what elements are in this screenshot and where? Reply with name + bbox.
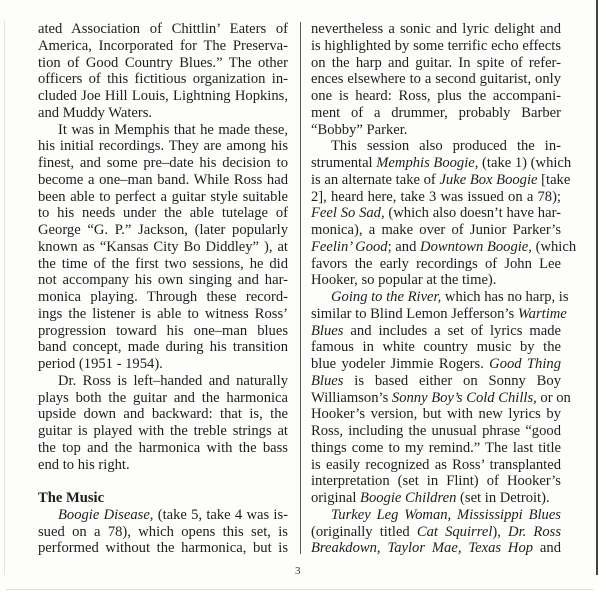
text-line: (originally titled Cat Squirrel), Dr. Ro… (311, 524, 561, 541)
text-span: blue yodeler Jimmie Rogers. (311, 356, 489, 372)
text-line: “Bobby” Parker. (311, 122, 561, 139)
text-line: the time of the first two sessions, he d… (38, 256, 288, 273)
text-line: Hooker, so popular at the time). (311, 272, 561, 289)
song-title: Breakdown, Taylor Mae, Texas Hop (311, 540, 533, 556)
text-line: ings the listener is able to witness Ros… (38, 306, 288, 323)
text-line: Boogie Disease, (take 5, take 4 was is- (38, 507, 288, 524)
text-span: is based either on Sonny Boy (343, 373, 561, 389)
text-line: Feelin’ Good; and Downtown Boogie, (whic… (311, 239, 561, 256)
text-line: performed without the harmonica, but is (38, 540, 288, 557)
text-line: is highlighted by some terrific echo eff… (311, 38, 561, 55)
text-line: ences elsewhere to a second guitarist, o… (311, 71, 561, 88)
paragraph-going-to-the-river: Going to the River, which has no harp, i… (311, 289, 561, 507)
text-line: favors the early recordings of John Lee (311, 256, 561, 273)
text-span: ; and (388, 239, 420, 255)
text-span: [take (538, 172, 571, 188)
text-line: Going to the River, which has no harp, i… (311, 289, 561, 306)
page-left-edge (4, 20, 5, 575)
text-line: Williamson’s Sonny Boy’s Cold Chills, or… (311, 390, 561, 407)
text-line: things come to my remind.” The last titl… (311, 440, 561, 457)
text-line: not accompany his own singing and har- (38, 272, 288, 289)
text-line: been able to perfect a guitar style suit… (38, 189, 288, 206)
text-span: strumental (311, 155, 376, 171)
text-span: ), (492, 524, 508, 540)
page-bottom-edge (6, 589, 593, 590)
paragraph-turkey-leg-woman: Turkey Leg Woman, Mississippi Blues (ori… (311, 507, 561, 557)
left-column: ated Association of Chittlin’ Eaters of … (38, 21, 288, 557)
text-span: (set in Detroit). (456, 490, 549, 506)
text-line: end to his right. (38, 457, 288, 474)
text-line: upside down and backward: that is, the (38, 406, 288, 423)
song-title: Juke Box Boogie (439, 172, 537, 188)
paragraph-association: ated Association of Chittlin’ Eaters of … (38, 21, 288, 122)
song-title: Memphis Boogie, (376, 155, 478, 171)
column-divider (300, 22, 301, 554)
text-line: 2], heard here, take 3 was issued on a 7… (311, 189, 561, 206)
right-column: nevertheless a sonic and lyric delight a… (311, 21, 561, 557)
text-line: finest, and some pre–date his decision t… (38, 155, 288, 172)
text-line: George “G. P.” Jackson, (later popularly (38, 222, 288, 239)
text-span: similar to Blind Lemon Jefferson’s (311, 306, 518, 322)
text-line: to his needs under the able tutelage of (38, 205, 288, 222)
song-title: Feel So Sad, (311, 205, 385, 221)
song-title: Sonny Boy’s Cold Chills, (392, 390, 537, 406)
song-title: Wartime (518, 306, 567, 322)
text-line: interpretation (set in Flint) of Hooker’… (311, 473, 561, 490)
text-line: It was in Memphis that he made these, (38, 122, 288, 139)
text-span: Williamson’s (311, 390, 392, 406)
text-line: Ross, including the unusual phrase “good (311, 423, 561, 440)
booklet-page: ated Association of Chittlin’ Eaters of … (0, 0, 599, 592)
text-span: (take 5, take 4 was is- (153, 507, 288, 523)
text-line: similar to Blind Lemon Jefferson’s Warti… (311, 306, 561, 323)
text-line: become a one–man band. While Ross had (38, 172, 288, 189)
text-line: original Boogie Children (set in Detroit… (311, 490, 561, 507)
text-span: original (311, 490, 360, 506)
text-span: and includes a set of lyrics made (343, 323, 561, 339)
text-line: on the harp and guitar. In spite of refe… (311, 55, 561, 72)
page-number: 3 (295, 565, 301, 577)
text-line: guitar is played with the treble strings… (38, 423, 288, 440)
text-line: officers of this fictitious organization… (38, 71, 288, 88)
text-line: ated Association of Chittlin’ Eaters of (38, 21, 288, 38)
page-right-edge (596, 0, 598, 575)
song-title: Dr. Ross (508, 524, 561, 540)
text-line: is an alternate take of Juke Box Boogie … (311, 172, 561, 189)
paragraph-left-handed: Dr. Ross is left–handed and naturally pl… (38, 373, 288, 474)
text-span: (which also doesn’t have har- (385, 205, 561, 221)
text-line: plays both the guitar and the harmonica (38, 390, 288, 407)
text-span: (originally titled (311, 524, 417, 540)
text-line: is easily recognized as Ross’ transplant… (311, 457, 561, 474)
song-title: Cat Squirrel (417, 524, 493, 540)
text-line: America, Incorporated for The Preserva- (38, 38, 288, 55)
song-title: Blues (311, 323, 343, 339)
text-line: This session also produced the in- (311, 138, 561, 155)
section-heading-the-music: The Music (38, 490, 288, 507)
text-line: cluded Joe Hill Louis, Lightning Hopkins… (38, 88, 288, 105)
text-line: Dr. Ross is left–handed and naturally (38, 373, 288, 390)
song-title: Downtown Boogie, (420, 239, 532, 255)
text-line: progression toward his one–man blues (38, 323, 288, 340)
text-line: strumental Memphis Boogie, (take 1) (whi… (311, 155, 561, 172)
paragraph-boogie-disease: Boogie Disease, (take 5, take 4 was is- … (38, 507, 288, 557)
text-line: band concept, made during his transition (38, 339, 288, 356)
text-line: nevertheless a sonic and lyric delight a… (311, 21, 561, 38)
text-span: (take 1) (which (478, 155, 571, 171)
text-line: period (1951 - 1954). (38, 356, 288, 373)
text-span: and (533, 540, 561, 556)
text-line: tion of Good Country Blues.” The other (38, 55, 288, 72)
song-title: Turkey Leg Woman, Mississippi Blues (331, 507, 561, 523)
text-line: monica playing. Through these record- (38, 289, 288, 306)
text-line: his initial recordings. They are among h… (38, 138, 288, 155)
text-line: Breakdown, Taylor Mae, Texas Hop and (311, 540, 561, 557)
song-title: Boogie Children (360, 490, 456, 506)
text-line: blue yodeler Jimmie Rogers. Good Thing (311, 356, 561, 373)
song-title: Feelin’ Good (311, 239, 388, 255)
paragraph-echo-effects: nevertheless a sonic and lyric delight a… (311, 21, 561, 138)
text-line: one is heard: Ross, plus the accompani- (311, 88, 561, 105)
text-span: or on (537, 390, 571, 406)
text-line: Feel So Sad, (which also doesn’t have ha… (311, 205, 561, 222)
text-line: Blues is based either on Sonny Boy (311, 373, 561, 390)
text-line: and Muddy Waters. (38, 105, 288, 122)
text-line: Turkey Leg Woman, Mississippi Blues (311, 507, 561, 524)
song-title: Going to the River, (331, 289, 441, 305)
paragraph-memphis: It was in Memphis that he made these, hi… (38, 122, 288, 373)
text-line: sued on a 78), which opens this set, is (38, 524, 288, 541)
song-title: Blues (311, 373, 343, 389)
song-title: Boogie Disease, (58, 507, 153, 523)
text-line: known as “Kansas City Bo Diddley” ), at (38, 239, 288, 256)
text-line: Blues and includes a set of lyrics made (311, 323, 561, 340)
text-span: (which (532, 239, 576, 255)
paragraph-session: This session also produced the in- strum… (311, 138, 561, 289)
text-line: Hooker’s version, but with new lyrics by (311, 406, 561, 423)
text-span: which has no harp, is (441, 289, 568, 305)
text-span: is an alternate take of (311, 172, 439, 188)
text-line: the top and the harmonica with the bass (38, 440, 288, 457)
text-line: famous in white country music by the (311, 339, 561, 356)
text-line: monica), a make over of Junior Parker’s (311, 222, 561, 239)
text-line: ment of a drummer, probably Barber (311, 105, 561, 122)
song-title: Good Thing (489, 356, 561, 372)
